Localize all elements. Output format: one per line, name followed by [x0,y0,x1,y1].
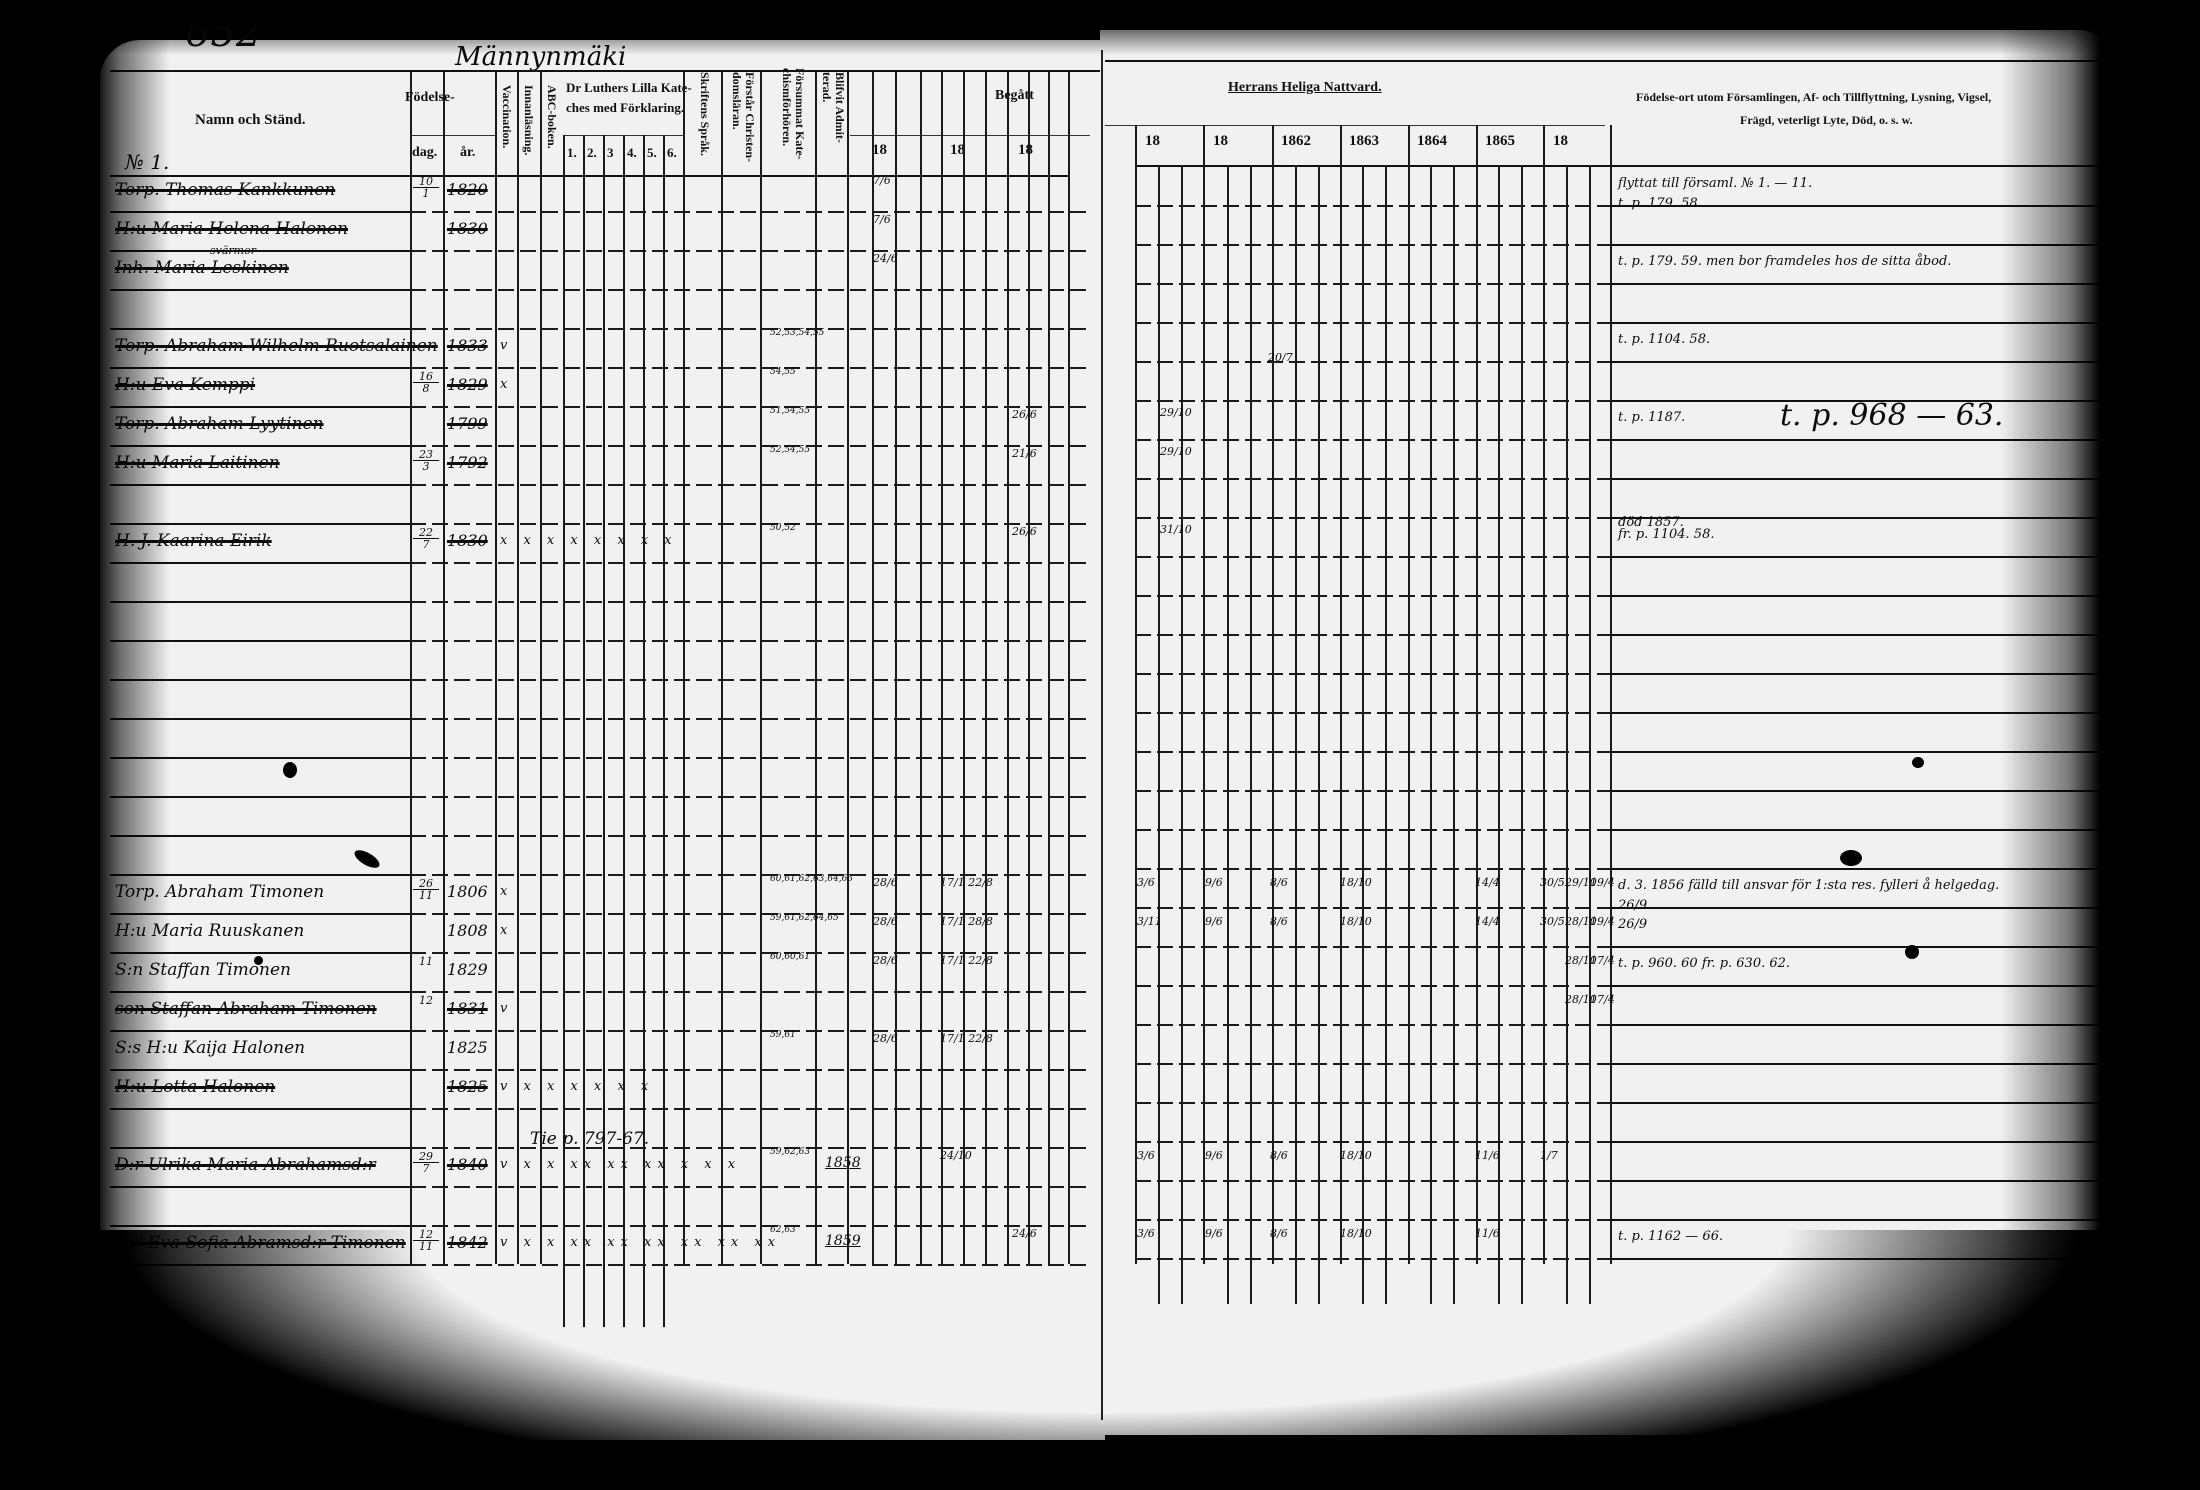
entry-birth-day: 101 [413,176,439,199]
entry-birth-day: 168 [413,371,439,394]
row-rule-remarks [1610,946,2100,948]
entry-reading-marks: x [500,377,513,392]
row-rule-cells [1135,1180,1610,1182]
nattvard-mark: 9/6 [1205,1227,1223,1240]
grid-column-rule [1295,165,1297,1304]
row-rule-remarks [1610,1258,2100,1260]
row-rule-name [110,1147,410,1149]
row-rule-cells [1135,439,1610,441]
row-rule-name [110,1069,410,1071]
row-rule-remarks [1610,829,2100,831]
row-rule-name [110,796,410,798]
entry-reading-marks: x [500,884,513,899]
entry-nattvard: 29/10 [1160,445,1192,458]
entry-birth-year: 1831 [447,999,488,1018]
entry-begatt: 17/1 22/8 [940,954,993,967]
row-rule-remarks [1610,751,2100,753]
row-rule-cells [410,991,1090,993]
row-rule-remarks [1610,1063,2100,1065]
nattvard-mark: 9/6 [1205,915,1223,928]
entry-name: Inh. Maria Leskinen [115,258,289,278]
entry-nattvard: 29/10 [1160,406,1192,419]
header-catechism-col-1: 1. [567,145,577,161]
nattvard-mark: 30/5 [1540,915,1565,928]
header-birth-year: år. [460,145,475,161]
remark-text: död 1857. [1618,515,1684,530]
row-rule-remarks [1610,439,2100,441]
entry-name: H:u Eva Kemppi [115,375,255,395]
grid-column-rule [1498,165,1500,1304]
row-rule-cells [410,1108,1090,1110]
entry-name: H:u Maria Ruuskanen [115,921,304,941]
nattvard-year-6: 1865 [1485,133,1515,150]
nattvard-mark: 8/6 [1270,1227,1288,1240]
header-birth-day: dag. [412,145,437,161]
entry-birth-day: 2611 [413,878,439,901]
row-rule-name [110,913,410,915]
nattvard-mark: 11/6 [1475,1227,1500,1240]
household-number: № 1. [125,150,169,174]
header-name-stand: Namn och Ständ. [195,112,305,129]
row-rule-cells [1135,1141,1610,1143]
entry-name: Torp. Thomas Kankkunen [115,180,335,200]
nattvard-mark: 9/6 [1205,1149,1223,1162]
row-rule-remarks [1610,907,2100,909]
entry-birth-year: 1833 [447,336,488,355]
row-rule-cells [410,1186,1090,1188]
entry-nattvard: 20/7 [1268,351,1293,364]
nattvard-year-7: 18 [1553,133,1568,150]
row-rule-remarks [1610,1141,2100,1143]
row-rule-cells [410,445,1090,447]
header-catechism-col-3: 3 [607,145,614,161]
nattvard-mark: 8/6 [1270,1149,1288,1162]
entry-begatt: 24/6 [873,252,898,265]
entry-birth-year: 1830 [447,219,488,238]
header-innanlasning: Innanläsning. [522,85,535,155]
entry-admitted: 1858 [825,1155,861,1171]
entry-forsummat: 59,61 [770,1030,810,1040]
row-rule-cells [1135,712,1610,714]
entry-annotation: svärmor [210,244,256,257]
grid-column-rule [1181,165,1183,1304]
row-rule-name [110,1264,410,1266]
row-rule-remarks [1610,1024,2100,1026]
nattvard-mark: 18/10 [1340,876,1372,889]
nattvard-mark: 14/4 [1475,876,1500,889]
nattvard-mark: 17/4 [1590,993,1615,1006]
remark-text: flyttat till församl. № 1. — 11. [1618,176,1812,191]
entry-birth-day: 233 [413,449,439,472]
row-rule-cells [1135,244,1610,246]
entry-begatt: 28/6 [873,1032,898,1045]
nattvard-mark: 11/6 [1475,1149,1500,1162]
row-rule-cells [410,640,1090,642]
nattvard-year-4: 1863 [1349,133,1379,150]
row-rule-cells [410,1069,1090,1071]
entry-birth-year: 1806 [447,882,488,901]
grid-column-rule [1385,165,1387,1304]
nattvard-mark: 3/6 [1137,1227,1155,1240]
ink-blot [283,762,297,778]
row-rule-name [110,1186,410,1188]
entry-forsummat: 54,55 [770,367,810,377]
entry-begatt: 21/6 [1012,447,1037,460]
begatt-year-1: 18 [872,142,887,159]
row-rule-cells [1135,1024,1610,1026]
nattvard-mark: 14/4 [1475,915,1500,928]
entry-reading-marks: x [500,923,513,938]
remark-text: t. p. 1162 — 66. [1618,1229,1723,1244]
row-rule-cells [1135,946,1610,948]
row-rule-name [110,1030,410,1032]
row-rule-name [110,601,410,603]
remark-text: 26/9 [1618,917,1647,932]
grid-column-rule [1135,125,1137,1264]
page-number: 652 [185,10,261,56]
entry-begatt: 26/6 [1012,525,1037,538]
grid-column-rule [1227,165,1229,1304]
nattvard-mark: 18/10 [1340,1149,1372,1162]
row-rule-remarks [1610,283,2100,285]
entry-note: Tie p. 797-67. [530,1129,649,1149]
header-top-rule [110,70,1100,72]
row-rule-name [110,757,410,759]
entry-admitted: 1859 [825,1233,861,1249]
row-rule-remarks [1610,244,2100,246]
grid-column-rule [1430,165,1432,1304]
row-rule-cells [1135,985,1610,987]
row-rule-cells [1135,322,1610,324]
row-rule-cells [410,328,1090,330]
row-rule-cells [410,796,1090,798]
grid-column-rule [1589,165,1591,1304]
row-rule-cells [410,1225,1090,1227]
remark-text: t. p. 179. 59. men bor framdeles hos de … [1618,254,1951,269]
row-rule-remarks [1610,595,2100,597]
entry-name: H:u Maria Laitinen [115,453,280,473]
entry-birth-year: 1792 [447,453,488,472]
row-rule-name [110,484,410,486]
remark-text: d. 3. 1856 fälld till ansvar för 1:sta r… [1618,878,1999,893]
row-rule-cells [410,601,1090,603]
row-rule-cells [410,211,1090,213]
row-rule-cells [1135,283,1610,285]
village-name: Männynmäki [455,42,626,72]
grid-column-rule [1453,165,1455,1304]
row-rule-cells [1135,868,1610,870]
row-rule-name [110,1225,410,1227]
row-rule-cells [1135,1063,1610,1065]
row-rule-cells [410,367,1090,369]
remark-text: t. p. 960. 60 fr. p. 630. 62. [1618,956,1790,971]
ink-blot [1905,945,1919,959]
row-rule-cells [410,250,1090,252]
header-remarks-line2: Frägd, veterligt Lyte, Död, o. s. w. [1740,113,1913,128]
header-bottom-rule [110,175,1070,177]
row-rule-cells [1135,673,1610,675]
nattvard-mark: 1/7 [1540,1149,1558,1162]
header-vaccination: Vaccination. [500,85,513,148]
right-header-bottom-rule [1135,165,2100,167]
entry-forsummat: 51,54,55 [770,406,810,416]
row-rule-cells [1135,634,1610,636]
entry-begatt: 28/6 [873,876,898,889]
grid-column-rule [1610,125,1612,1264]
row-rule-name [110,406,410,408]
row-rule-name [110,523,410,525]
header-catechism-col-6: 6. [667,145,677,161]
nattvard-mark: 18/10 [1340,1227,1372,1240]
row-rule-cells [410,718,1090,720]
birth-subrule [410,135,495,136]
entry-begatt: 24/10 [940,1149,972,1162]
grid-column-rule [1408,125,1410,1264]
row-rule-remarks [1610,790,2100,792]
row-rule-cells [1135,556,1610,558]
row-rule-name [110,328,410,330]
entry-birth-year: 1830 [447,531,488,550]
entry-name: H. J. Kaarina Eirik [115,531,272,551]
entry-begatt: 28/6 [873,954,898,967]
right-header-top-rule [1105,60,2105,62]
entry-birth-year: 1799 [447,414,488,433]
entry-birth-year: 1808 [447,921,488,940]
row-rule-remarks [1610,1102,2100,1104]
entry-forsummat: 62,63 [770,1225,810,1235]
right-page [1100,30,2110,1435]
row-rule-cells [410,1264,1090,1266]
row-rule-cells [410,1147,1090,1149]
nattvard-mark: 8/6 [1270,876,1288,889]
row-rule-cells [410,406,1090,408]
entry-name: son Staffan Abraham Timonen [115,999,377,1019]
grid-column-rule [1340,125,1342,1264]
entry-name: H:u Maria Helena Halonen [115,219,348,239]
row-rule-cells [410,523,1090,525]
row-rule-cells [1135,1258,1610,1260]
header-catechism-col-2: 2. [587,145,597,161]
entry-birth-day: 12 [413,995,439,1006]
nattvard-year-3: 1862 [1281,133,1311,150]
row-rule-name [110,640,410,642]
nattvard-mark: 18/10 [1340,915,1372,928]
ink-blot [1912,757,1924,768]
entry-forsummat: 50,52 [770,523,810,533]
header-catechism-col-5: 5. [647,145,657,161]
entry-name: S:n Staffan Timonen [115,960,291,980]
row-rule-remarks [1610,673,2100,675]
nattvard-mark: 9/6 [1205,876,1223,889]
row-rule-cells [1135,907,1610,909]
grid-column-rule [1250,165,1252,1304]
row-rule-remarks [1610,361,2100,363]
entry-begatt: 7/6 [873,213,891,226]
row-rule-cells [1135,751,1610,753]
begatt-year-3: 18 [1018,142,1033,159]
entry-begatt: 7/6 [873,174,891,187]
row-rule-name [110,562,410,564]
entry-begatt: 17/1 22/8 [940,1032,993,1045]
grid-column-rule [1272,125,1274,1264]
entry-reading-marks: v [500,1001,513,1016]
entry-name: S:s H:u Kaija Halonen [115,1038,305,1058]
nattvard-year-5: 1864 [1417,133,1447,150]
entry-name: D:r Eva Sofia Abramsd:r Timonen [115,1233,406,1253]
row-rule-cells [410,484,1090,486]
row-rule-remarks [1610,1180,2100,1182]
entry-forsummat: 59,62,63 [770,1147,810,1157]
ink-blot [1840,850,1862,866]
entry-name: Torp. Abraham Timonen [115,882,324,902]
nattvard-mark: 3/6 [1137,876,1155,889]
row-rule-name [110,874,410,876]
row-rule-name [110,211,410,213]
entry-birth-year: 1825 [447,1038,488,1057]
header-divider [410,72,412,175]
row-rule-name [110,679,410,681]
row-rule-remarks [1610,712,2100,714]
grid-column-rule [1566,165,1568,1304]
row-rule-remarks [1610,868,2100,870]
row-rule-remarks [1610,478,2100,480]
header-birth: Födelse- [405,90,455,106]
header-remarks-line1: Födelse-ort utom Församlingen, Af- och T… [1636,90,1991,105]
grid-column-rule [1521,165,1523,1304]
header-catechism-col-4: 4. [627,145,637,161]
entry-reading-marks: v [500,338,513,353]
entry-forsummat: 60,60,61 [770,952,810,962]
entry-birth-day: 1211 [413,1229,439,1252]
entry-forsummat: 52,54,55 [770,445,810,455]
entry-birth-year: 1840 [447,1155,488,1174]
header-forsummat: Försummat Kate-chismförhören. [770,68,806,173]
row-rule-cells [410,679,1090,681]
entry-begatt: 17/1 28/8 [940,915,993,928]
entry-name: H:u Lotta Halonen [115,1077,275,1097]
row-rule-name [110,367,410,369]
header-skriftens-sprak: Skriftens Språk. [698,72,711,156]
row-rule-cells [1135,1102,1610,1104]
row-rule-remarks [1610,1219,2100,1221]
row-rule-cells [410,289,1090,291]
entry-begatt: 17/1 22/8 [940,876,993,889]
begatt-subrule [850,135,1090,136]
grid-column-rule [1543,125,1545,1264]
row-rule-name [110,1108,410,1110]
entry-birth-day: 297 [413,1151,439,1174]
entry-name: Torp. Abraham Lyytinen [115,414,324,434]
remark-text: t. p. 968 — 63. [1780,398,2003,433]
row-rule-name [110,250,410,252]
remark-text: t. p. 179. 58. [1618,196,1702,211]
row-rule-cells [410,562,1090,564]
row-rule-cells [1135,790,1610,792]
row-rule-name [110,289,410,291]
remark-text: t. p. 1187. [1618,410,1685,425]
entry-reading-marks: v x x x x x x [500,1079,654,1094]
header-catechism-line2: ches med Förklaring. [566,100,684,116]
header-admitterad: Blifvit Admit-terad. [822,72,846,147]
nattvard-mark: 19/4 [1590,915,1615,928]
entry-reading-marks: v x x xx xx xx x x x [500,1157,741,1172]
row-rule-name [110,991,410,993]
grid-column-rule [1476,125,1478,1264]
entry-birth-year: 1829 [447,375,488,394]
row-rule-name [110,718,410,720]
ink-blot [254,956,263,965]
row-rule-cells [1135,829,1610,831]
nattvard-mark: 3/11 [1137,915,1162,928]
entry-begatt: 24/6 [1012,1227,1037,1240]
entry-begatt: 28/6 [873,915,898,928]
entry-forsummat: 59,61,62,64,65 [770,913,810,923]
row-rule-name [110,445,410,447]
nattvard-subrule [1105,125,1605,126]
grid-column-rule [1362,165,1364,1304]
row-rule-cells [410,757,1090,759]
grid-column-rule [1318,165,1320,1304]
entry-birth-year: 1820 [447,180,488,199]
nattvard-mark: 3/6 [1137,1149,1155,1162]
entry-reading-marks: v x x xx xx xx xx xx xx [500,1235,781,1250]
row-rule-cells [410,835,1090,837]
row-rule-cells [1135,361,1610,363]
entry-forsummat: 60,61,62,63,64,65 [770,874,810,884]
nattvard-year-2: 18 [1213,133,1228,150]
header-abc-boken: ABC-boken. [545,85,558,149]
nattvard-mark: 19/4 [1590,876,1615,889]
row-rule-cells [1135,478,1610,480]
header-forstar: Förstår Christen-domsläran. [728,72,756,167]
nattvard-mark: 8/6 [1270,915,1288,928]
row-rule-remarks [1610,985,2100,987]
entry-name: Torp. Abraham Wilhelm Ruotsalainen [115,336,438,356]
row-rule-name [110,835,410,837]
entry-birth-year: 1842 [447,1233,488,1252]
entry-nattvard: 31/10 [1160,523,1192,536]
row-rule-cells [1135,400,1610,402]
entry-birth-year: 1825 [447,1077,488,1096]
row-rule-remarks [1610,322,2100,324]
row-rule-cells [1135,205,1610,207]
row-rule-remarks [1610,634,2100,636]
entry-begatt: 26/6 [1012,408,1037,421]
entry-name: D:r Ulrika Maria Abrahamsd:r [115,1155,376,1175]
remark-text: t. p. 1104. 58. [1618,332,1710,347]
entry-birth-day: 11 [413,956,439,967]
remark-text: 26/9 [1618,898,1647,913]
grid-column-rule [1158,165,1160,1304]
row-rule-remarks [1610,556,2100,558]
nattvard-mark: 30/5 [1540,876,1565,889]
nattvard-year-1: 18 [1145,133,1160,150]
page-spine [1101,50,1103,1420]
entry-forsummat: 52,53,54,55 [770,328,810,338]
row-rule-name [110,952,410,954]
entry-reading-marks: x x x x x x x x [500,533,678,548]
row-rule-cells [1135,517,1610,519]
entry-birth-day: 227 [413,527,439,550]
row-rule-cells [1135,595,1610,597]
row-rule-cells [1135,1219,1610,1221]
header-catechism-line1: Dr Luthers Lilla Kate- [566,80,692,96]
grid-column-rule [1203,125,1205,1264]
nattvard-mark: 17/4 [1590,954,1615,967]
entry-birth-year: 1829 [447,960,488,979]
header-nattvard: Herrans Heliga Nattvard. [1228,80,1382,96]
